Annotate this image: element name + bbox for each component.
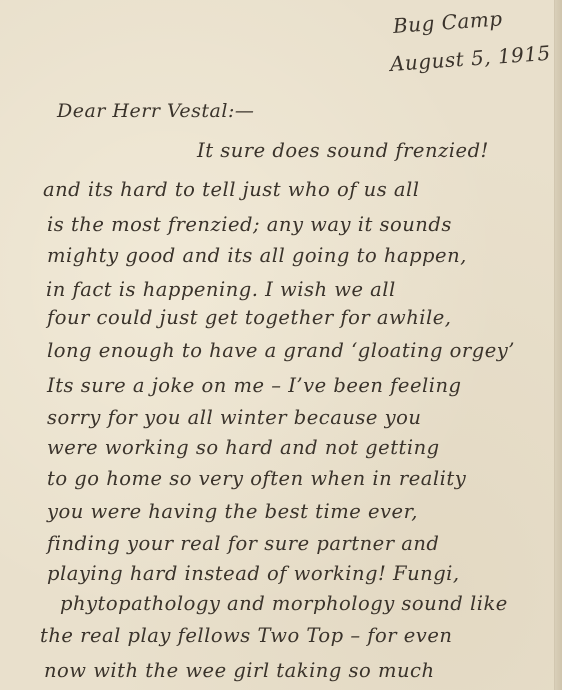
letter-line: It sure does sound frenzied! xyxy=(197,139,489,162)
letter-line: playing hard instead of working! Fungi, xyxy=(47,562,460,585)
letter-heading-date: August 5, 1915 xyxy=(389,41,551,76)
letter-line: and its hard to tell just who of us all xyxy=(43,178,420,201)
letter-line: in fact is happening. I wish we all xyxy=(46,278,396,301)
letter-line: were working so hard and not getting xyxy=(47,436,440,459)
letter-line: to go home so very often when in reality xyxy=(47,467,466,490)
letter-line: the real play fellows Two Top – for even xyxy=(40,624,452,647)
letter-line: mighty good and its all going to happen, xyxy=(47,244,467,267)
letter-line: sorry for you all winter because you xyxy=(47,406,421,429)
letter-line: you were having the best time ever, xyxy=(47,500,418,523)
letter-line: is the most frenzied; any way it sounds xyxy=(47,213,452,236)
letter-page: Bug Camp August 5, 1915 Dear Herr Vestal… xyxy=(0,0,562,690)
paper-edge xyxy=(554,0,562,690)
letter-line: long enough to have a grand ‘gloating or… xyxy=(47,339,515,362)
letter-line: Its sure a joke on me – I’ve been feelin… xyxy=(47,374,462,397)
letter-line: phytopathology and morphology sound like xyxy=(60,592,508,615)
letter-line: now with the wee girl taking so much xyxy=(44,659,435,682)
letter-salutation: Dear Herr Vestal:— xyxy=(57,100,254,122)
letter-line: four could just get together for awhile, xyxy=(47,306,452,329)
letter-line: finding your real for sure partner and xyxy=(47,532,439,555)
letter-heading-place: Bug Camp xyxy=(392,6,503,38)
